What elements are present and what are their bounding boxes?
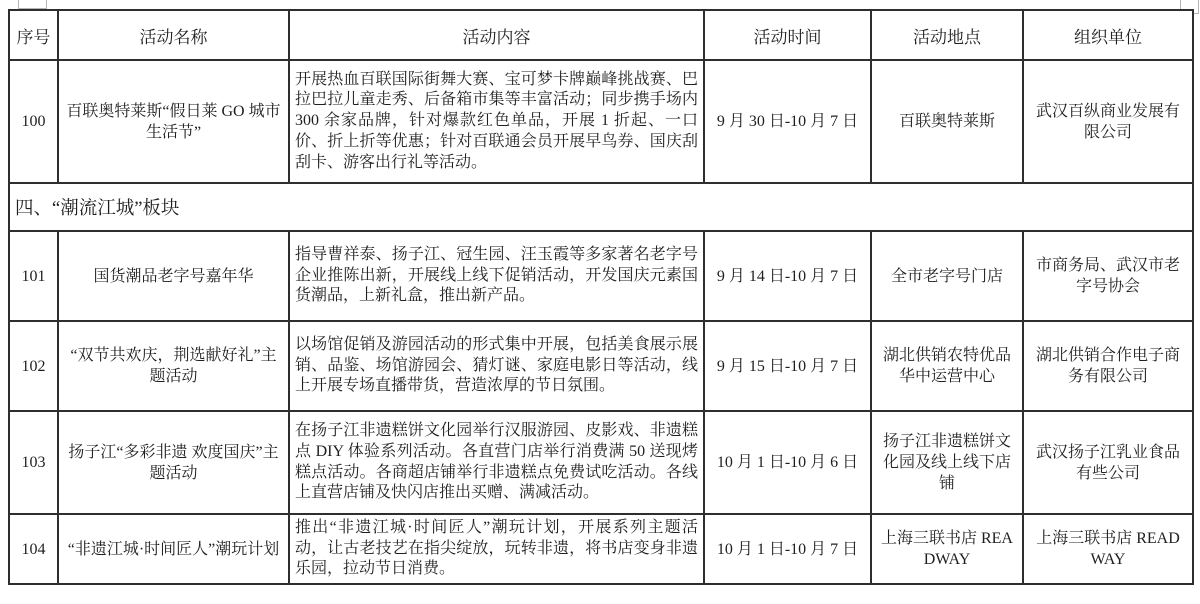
- cell-seq: 100: [9, 60, 58, 183]
- table-header-row: 序号 活动名称 活动内容 活动时间 活动地点 组织单位: [9, 10, 1193, 60]
- document-page: 序号 活动名称 活动内容 活动时间 活动地点 组织单位 100 百联奥特莱斯“假…: [0, 0, 1200, 604]
- cell-activity-time: 9 月 30 日-10 月 7 日: [704, 60, 871, 183]
- cell-activity-name: 百联奥特莱斯“假日莱 GO 城市生活节”: [58, 60, 289, 183]
- screen-artifact-left: [18, 0, 47, 9]
- cell-organizer: 市商务局、武汉市老字号协会: [1023, 231, 1193, 321]
- column-header-seq: 序号: [9, 10, 58, 60]
- cell-organizer: 武汉百纵商业发展有限公司: [1023, 60, 1193, 183]
- cell-activity-content: 开展热血百联国际街舞大赛、宝可梦卡牌巅峰挑战赛、巴拉巴拉儿童走秀、后备箱市集等丰…: [289, 60, 704, 183]
- cell-activity-content: 在扬子江非遗糕饼文化园举行汉服游园、皮影戏、非遗糕点 DIY 体验系列活动。各直…: [289, 411, 704, 514]
- cell-activity-content: 以场馆促销及游园活动的形式集中开展，包括美食展示展销、品鉴、场馆游园会、猜灯谜、…: [289, 321, 704, 411]
- cell-activity-time: 9 月 14 日-10 月 7 日: [704, 231, 871, 321]
- column-header-location: 活动地点: [871, 10, 1023, 60]
- cell-activity-location: 扬子江非遗糕饼文化园及线上线下店铺: [871, 411, 1023, 514]
- cell-seq: 101: [9, 231, 58, 321]
- table-row: 103 扬子江“多彩非遗 欢度国庆”主题活动 在扬子江非遗糕饼文化园举行汉服游园…: [9, 411, 1193, 514]
- cell-seq: 103: [9, 411, 58, 514]
- column-header-time: 活动时间: [704, 10, 871, 60]
- activity-table: 序号 活动名称 活动内容 活动时间 活动地点 组织单位 100 百联奥特莱斯“假…: [8, 9, 1194, 585]
- cell-activity-name: 国货潮品老字号嘉年华: [58, 231, 289, 321]
- column-header-organizer: 组织单位: [1023, 10, 1193, 60]
- cell-activity-name: “双节共欢庆，荆选献好礼”主题活动: [58, 321, 289, 411]
- column-header-content: 活动内容: [289, 10, 704, 60]
- cell-organizer: 武汉扬子江乳业食品有些公司: [1023, 411, 1193, 514]
- cell-activity-time: 10 月 1 日-10 月 6 日: [704, 411, 871, 514]
- cell-activity-location: 百联奥特莱斯: [871, 60, 1023, 183]
- table-row: 104 “非遗江城·时间匠人”潮玩计划 推出“非遗江城·时间匠人”潮玩计划，开展…: [9, 514, 1193, 584]
- table-row: 102 “双节共欢庆，荆选献好礼”主题活动 以场馆促销及游园活动的形式集中开展，…: [9, 321, 1193, 411]
- cell-activity-content: 推出“非遗江城·时间匠人”潮玩计划，开展系列主题活动，让古老技艺在指尖绽放，玩转…: [289, 514, 704, 584]
- cell-organizer: 上海三联书店 READWAY: [1023, 514, 1193, 584]
- cell-seq: 104: [9, 514, 58, 584]
- section-header-row: 四、“潮流江城”板块: [9, 183, 1193, 231]
- cell-seq: 102: [9, 321, 58, 411]
- cell-activity-time: 9 月 15 日-10 月 7 日: [704, 321, 871, 411]
- cell-organizer: 湖北供销合作电子商务有限公司: [1023, 321, 1193, 411]
- column-header-name: 活动名称: [58, 10, 289, 60]
- cell-activity-time: 10 月 1 日-10 月 7 日: [704, 514, 871, 584]
- cell-activity-location: 湖北供销农特优品华中运营中心: [871, 321, 1023, 411]
- section-title: 四、“潮流江城”板块: [9, 183, 1193, 231]
- cell-activity-location: 上海三联书店 READWAY: [871, 514, 1023, 584]
- table-row: 100 百联奥特莱斯“假日莱 GO 城市生活节” 开展热血百联国际街舞大赛、宝可…: [9, 60, 1193, 183]
- cell-activity-content: 指导曹祥泰、扬子江、冠生园、汪玉霞等多家著名老字号企业推陈出新，开展线上线下促销…: [289, 231, 704, 321]
- cell-activity-location: 全市老字号门店: [871, 231, 1023, 321]
- table-row: 101 国货潮品老字号嘉年华 指导曹祥泰、扬子江、冠生园、汪玉霞等多家著名老字号…: [9, 231, 1193, 321]
- cell-activity-name: “非遗江城·时间匠人”潮玩计划: [58, 514, 289, 584]
- cell-activity-name: 扬子江“多彩非遗 欢度国庆”主题活动: [58, 411, 289, 514]
